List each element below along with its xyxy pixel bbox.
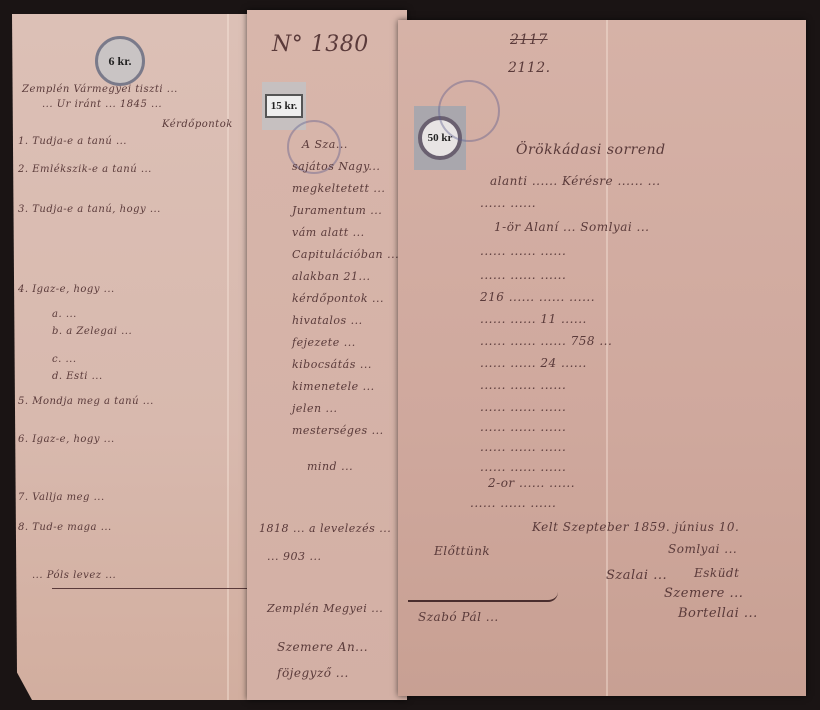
handwriting-line: ...... ...... ......	[480, 400, 566, 414]
handwriting-line: fejezete ...	[292, 336, 356, 349]
handwriting-line: ...... ...... ......	[480, 460, 566, 474]
underline-rule	[52, 588, 252, 589]
handwriting-line: megkeltetett ...	[292, 182, 385, 195]
left-document-sheet: 6 kr. Zemplén Vármegyei tiszti ... ... U…	[12, 14, 262, 700]
handwriting-line: hivatalos ...	[292, 314, 363, 327]
ink-seal	[438, 80, 500, 142]
handwriting-line: 2. Emlékszik-e a tanú ...	[18, 164, 152, 175]
signature: Szabó Pál ...	[418, 610, 499, 624]
handwriting-line: kérdőpontok ...	[292, 292, 384, 305]
document-number: 2112.	[508, 60, 551, 76]
handwriting-line: 5. Mondja meg a tanú ...	[18, 396, 154, 407]
handwriting-line: jelen ...	[292, 402, 338, 415]
handwriting-line: 1818 ... a levelezés ...	[259, 522, 391, 535]
handwriting-line: 7. Vallja meg ...	[18, 492, 105, 503]
handwriting-line: ... Póls levez ...	[32, 570, 116, 581]
handwriting-line: A Sza...	[302, 138, 348, 151]
handwriting-line: Örökkádasi sorrend	[516, 142, 666, 158]
handwriting-line: alakban 21...	[292, 270, 370, 283]
handwriting-line: föjegyző ...	[277, 666, 349, 680]
signature: Somlyai ...	[668, 542, 737, 556]
handwriting-line: kibocsátás ...	[292, 358, 372, 371]
signature-flourish	[408, 592, 558, 602]
handwriting-line: ...... ...... ......	[480, 440, 566, 454]
right-document-sheet: 2117 2112. 50 kr Örökkádasi sorrend alan…	[398, 20, 806, 696]
handwriting-line: ...... ......	[480, 196, 536, 210]
handwriting-line: b. a Zelegai ...	[52, 326, 132, 337]
handwriting-line: vám alatt ...	[292, 226, 365, 239]
handwriting-line: Capitulációban ...	[292, 248, 399, 261]
handwriting-line: 4. Igaz-e, hogy ...	[18, 284, 115, 295]
handwriting-line: ...... ...... ......	[480, 268, 566, 282]
handwriting-line: 6. Igaz-e, hogy ...	[18, 434, 115, 445]
handwriting-line: 1-ör Alaní ... Somlyai ...	[494, 220, 649, 234]
signature: Esküdt	[694, 566, 739, 580]
handwriting-line: 2-or ...... ......	[488, 476, 575, 490]
handwriting-line: 8. Tud-e maga ...	[18, 522, 112, 533]
handwriting-line: 3. Tudja-e a tanú, hogy ...	[18, 204, 161, 215]
signature: Szemere ...	[664, 586, 743, 601]
handwriting-line: Zemplén Vármegyei tiszti ...	[22, 84, 178, 95]
handwriting-line: c. ...	[52, 354, 77, 365]
document-number: N° 1380	[272, 32, 369, 57]
handwriting-line: Kérdőpontok	[162, 119, 233, 130]
handwriting-line: a. ...	[52, 309, 77, 320]
signature: Előttünk	[434, 544, 490, 558]
fold-crease	[606, 20, 608, 696]
handwriting-line: 1. Tudja-e a tanú ...	[18, 136, 127, 147]
handwriting-line: ...... ...... 11 ......	[480, 312, 587, 326]
handwriting-line: Szemere An...	[277, 640, 368, 654]
handwriting-line: mind ...	[307, 460, 353, 473]
handwriting-line: Zemplén Megyei ...	[267, 602, 383, 615]
date-line: Kelt Szepteber 1859. június 10.	[532, 520, 739, 534]
handwriting-line: ...... ...... ......	[470, 496, 556, 510]
handwriting-line: 216 ...... ...... ......	[480, 290, 595, 304]
handwriting-line: ...... ...... ...... 758 ...	[480, 334, 612, 348]
handwriting-line: ...... ...... ......	[480, 378, 566, 392]
handwriting-line: alanti ...... Kérésre ...... ...	[490, 174, 661, 188]
handwriting-line: ... 903 ...	[267, 550, 321, 563]
handwriting-line: d. Esti ...	[52, 371, 103, 382]
handwriting-line: ...... ...... ......	[480, 420, 566, 434]
struck-number: 2117	[510, 32, 548, 48]
middle-document-sheet: N° 1380 15 kr. A Sza... sajátos Nagy... …	[247, 10, 407, 700]
revenue-stamp-6kr: 6 kr.	[95, 36, 145, 86]
handwriting-line: sajátos Nagy...	[292, 160, 380, 173]
handwriting-line: Juramentum ...	[292, 204, 382, 217]
handwriting-line: ...... ...... ......	[480, 244, 566, 258]
handwriting-line: mesterséges ...	[292, 424, 384, 437]
handwriting-line: ... Ur iránt ... 1845 ...	[42, 99, 162, 110]
fold-crease	[227, 14, 229, 700]
handwriting-line: kimenetele ...	[292, 380, 375, 393]
handwriting-line: ...... ...... 24 ......	[480, 356, 587, 370]
signature: Bortellai ...	[678, 606, 758, 621]
signature: Szalai ...	[606, 568, 667, 583]
